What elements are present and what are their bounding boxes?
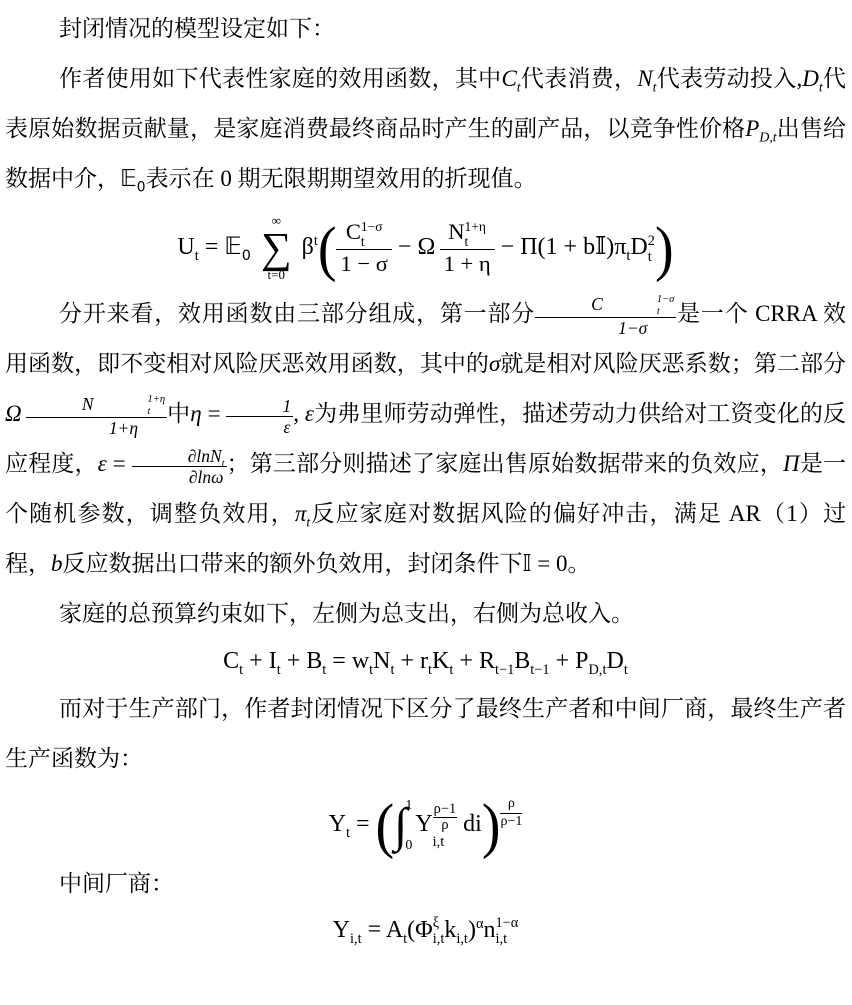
- text-run: ；第三部分则描述了家庭出售原始数据带来的负效应，: [227, 451, 783, 476]
- math-token: =: [113, 451, 126, 476]
- formula-utility-function: Ut = 𝔼0 ∞∑t=0 βt(C1−σt1 − σ − ΩN1+ηt1 + …: [5, 214, 846, 283]
- fraction-labor: N1+ηt1 + η: [440, 218, 495, 279]
- math-token: βt: [302, 234, 318, 260]
- math-token: +: [249, 648, 263, 674]
- text-run: ,: [293, 401, 305, 426]
- math-pi: πt: [295, 501, 310, 526]
- text-run: 而对于生产部门，作者封闭情况下区分了最终生产者和中间厂商，最终生产者生产函数为：: [5, 696, 846, 771]
- math-token: It: [269, 648, 281, 674]
- math-consumption-var: Ct: [501, 66, 520, 91]
- math-token: =: [205, 234, 219, 260]
- math-sigma: σ: [489, 351, 500, 376]
- math-indicator: 𝕀: [523, 551, 532, 577]
- paragraph-utility-description: 作者使用如下代表性家庭的效用函数，其中Ct代表消费，Nt代表劳动投入,Dt代表原…: [5, 54, 846, 204]
- text-run: 代表消费，: [521, 66, 638, 91]
- text-run: 就是相对风险厌恶系数；第二部分: [500, 351, 846, 376]
- math-price-var: PD,t: [745, 116, 776, 141]
- document-page: 封闭情况的模型设定如下： 作者使用如下代表性家庭的效用函数，其中Ct代表消费，N…: [0, 0, 852, 947]
- math-token: wtNt: [352, 648, 395, 674]
- math-Pi: Π: [783, 451, 800, 476]
- formula-intermediate-producer: Yi,t = At(Φξi,tki,t)αn1−αi,t: [5, 915, 846, 947]
- math-token: Ω: [417, 234, 435, 260]
- math-token: Yt: [329, 811, 350, 837]
- math-token: +: [401, 648, 415, 674]
- math-token: 𝔼0: [224, 232, 251, 260]
- math-token: +: [556, 648, 570, 674]
- math-token: =: [368, 917, 382, 943]
- math-token: Π(1 + b𝕀)πtD2t: [520, 234, 655, 260]
- paragraph-budget-intro: 家庭的总预算约束如下，左侧为总支出，右侧为总收入。: [5, 589, 846, 639]
- math-token: =: [537, 551, 550, 576]
- math-epsilon: ε: [98, 451, 107, 476]
- paragraph-production-intro: 而对于生产部门，作者封闭情况下区分了最终生产者和中间厂商，最终生产者生产函数为：: [5, 684, 846, 784]
- math-token: =: [332, 648, 346, 674]
- text-run: 代表劳动投入,: [657, 66, 803, 91]
- text-run: 表示在 0 期无限期期望效用的折现值。: [146, 166, 537, 191]
- math-eta: η: [190, 401, 201, 426]
- math-token: +: [287, 648, 301, 674]
- math-token: At(Φξi,tki,t)αn1−αi,t: [386, 917, 519, 943]
- math-token: Ct: [223, 648, 243, 674]
- math-token: −: [501, 234, 515, 260]
- math-token: Ut: [177, 234, 198, 260]
- inline-fraction-frisch: ∂lnNt∂lnω: [132, 446, 227, 487]
- math-token: −: [398, 234, 412, 260]
- outer-exponent: ρρ−1: [500, 796, 522, 829]
- math-token: Yρ−1ρi,t: [415, 811, 457, 837]
- paragraph-utility-explanation: 分开来看，效用函数由三部分组成，第一部分C1−σt1−σ是一个 CRRA 效用函…: [5, 289, 846, 589]
- paragraph-model-setup-intro: 封闭情况的模型设定如下：: [5, 4, 846, 54]
- text-run: 分开来看，效用函数由三部分组成，第一部分: [59, 301, 535, 326]
- text-run: 反应数据出口带来的额外负效用，封闭条件下: [63, 551, 523, 576]
- math-token: Bt: [306, 648, 326, 674]
- math-data-var: Dt: [802, 66, 822, 91]
- math-token: Rt−1Bt−1: [479, 648, 550, 674]
- paragraph-intermediate-firms: 中间厂商：: [5, 859, 846, 909]
- inline-fraction-labor: N1+ηt1+η: [26, 394, 167, 439]
- text-run: 家庭的总预算约束如下，左侧为总支出，右侧为总收入。: [59, 601, 634, 626]
- math-token: +: [459, 648, 473, 674]
- formula-final-producer: Yt = (∫10Yρ−1ρi,t di)ρρ−1: [5, 796, 846, 852]
- formula-budget-constraint: Ct + It + Bt = wtNt + rtKt + Rt−1Bt−1 + …: [5, 648, 846, 675]
- math-token: di: [463, 811, 482, 837]
- math-expectation-var: 𝔼0: [120, 166, 146, 192]
- text-run: 封闭情况的模型设定如下：: [59, 16, 335, 41]
- inline-fraction-eta: 1ε: [226, 396, 293, 437]
- math-omega: Ω: [5, 401, 22, 426]
- text-run: 。: [568, 551, 591, 576]
- text-run: 中间厂商：: [59, 871, 174, 896]
- text-run: 作者使用如下代表性家庭的效用函数，其中: [59, 66, 501, 91]
- math-token: =: [208, 401, 221, 426]
- math-token: rtKt: [420, 648, 453, 674]
- summation-symbol: ∞∑t=0: [261, 214, 292, 283]
- math-token: PD,tDt: [575, 648, 628, 674]
- math-b: b: [51, 551, 63, 576]
- math-token: =: [356, 811, 370, 837]
- math-epsilon: ε: [305, 401, 314, 426]
- math-token: 0: [556, 551, 568, 576]
- integral-limits: 10: [405, 799, 412, 853]
- inline-fraction-crra: C1−σt1−σ: [535, 294, 676, 339]
- text-run: 中: [167, 401, 190, 426]
- math-token: Yi,t: [333, 917, 362, 943]
- math-labor-var: Nt: [637, 66, 656, 91]
- fraction-consumption: C1−σt1 − σ: [336, 218, 391, 279]
